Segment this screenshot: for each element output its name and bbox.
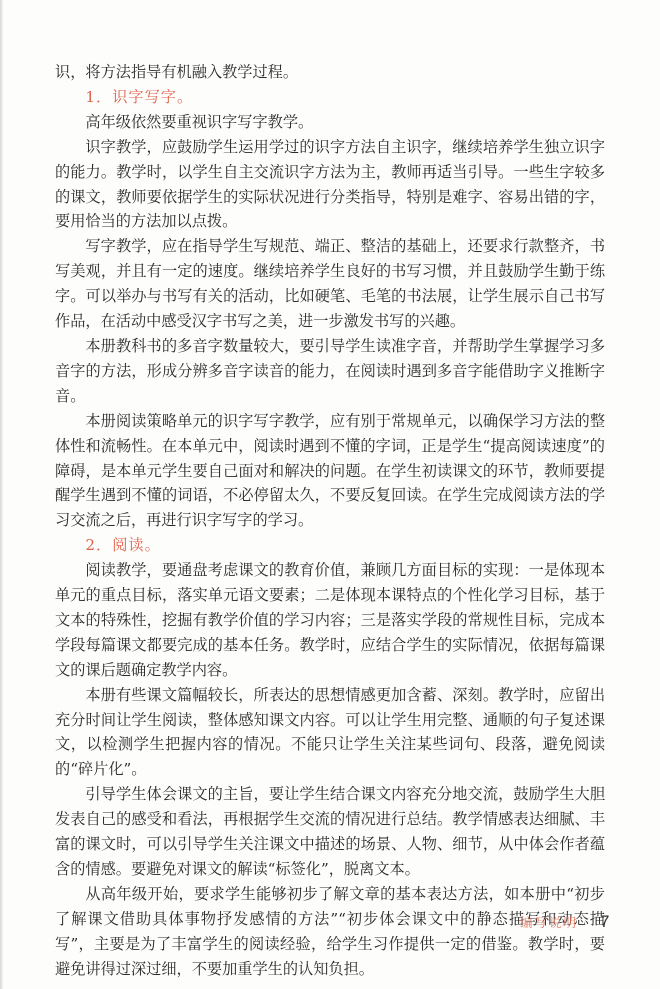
body-paragraph: 本册有些课文篇幅较长，所表达的思想情感更加含蓄、深刻。教学时，应留出充分时间让学…	[55, 683, 605, 783]
body-paragraph: 本册教科书的多音字数量较大，要引导学生读准字音，并帮助学生掌握学习多音字的方法，…	[55, 334, 605, 409]
body-paragraph: 阅读教学，要通盘考虑课文的教育价值，兼顾几方面目标的实现：一是体现本单元的重点目…	[55, 558, 605, 683]
page-number: 7	[600, 912, 609, 932]
body-paragraph: 高年级依然要重视识字写字教学。	[55, 110, 605, 135]
page-footer: 编写说明 7	[520, 912, 609, 932]
page-edge	[0, 0, 3, 989]
body-paragraph: 本册阅读策略单元的识字写字教学，应有别于常规单元，以确保学习方法的整体性和流畅性…	[55, 409, 605, 534]
body-paragraph: 引导学生体会课文的主旨，要让学生结合课文内容充分地交流，鼓励学生大胆发表自己的感…	[55, 782, 605, 882]
footer-section-title: 编写说明	[520, 913, 578, 931]
body-paragraph: 识字教学，应鼓励学生运用学过的识字方法自主识字，继续培养学生独立识字的能力。教学…	[55, 135, 605, 235]
body-paragraph: 写字教学，应在指导学生写规范、端正、整洁的基础上，还要求行款整齐，书写美观，并且…	[55, 234, 605, 334]
page-body: 识，将方法指导有机融入教学过程。 1．识字写字。 高年级依然要重视识字写字教学。…	[55, 60, 605, 982]
continuation-paragraph: 识，将方法指导有机融入教学过程。	[55, 60, 605, 85]
section-heading-literacy: 1．识字写字。	[55, 85, 605, 110]
section-heading-reading: 2．阅读。	[55, 533, 605, 558]
